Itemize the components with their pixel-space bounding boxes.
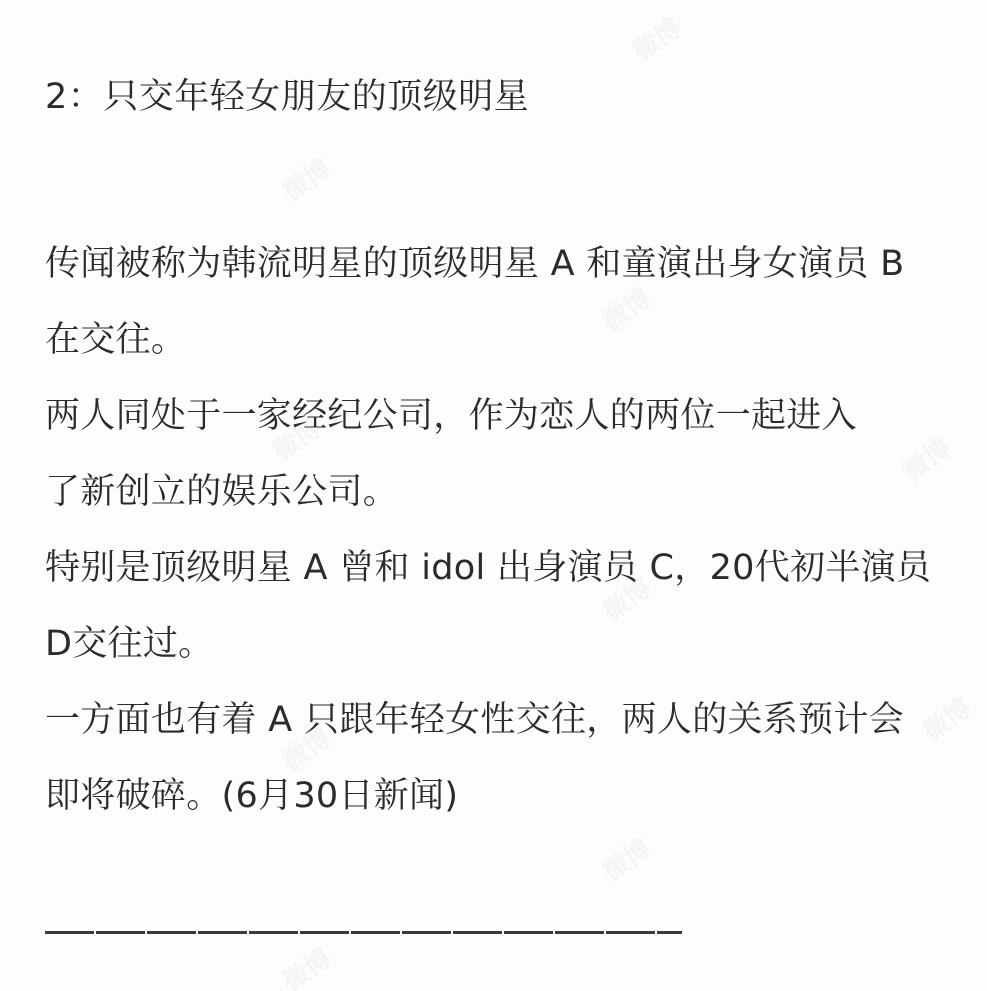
body-line: 两人同处于一家经纪公司，作为恋人的两位一起进入 <box>45 378 945 454</box>
body-line: 了新创立的娱乐公司。 <box>45 454 945 530</box>
body-line: 即将破碎。(6月30日新闻) <box>45 758 945 834</box>
watermark: 微博 <box>274 148 338 208</box>
body-line: 在交往。 <box>45 302 945 378</box>
section-title: 2：只交年轻女朋友的顶级明星 <box>45 74 529 120</box>
watermark: 微博 <box>274 938 338 991</box>
body-line: 一方面也有着 A 只跟年轻女性交往，两人的关系预计会 <box>45 682 945 758</box>
body-line: D交往过。 <box>45 606 945 682</box>
section-divider <box>45 931 682 934</box>
body-line: 特别是顶级明星 A 曾和 idol 出身演员 C，20代初半演员 <box>45 530 945 606</box>
watermark: 微博 <box>624 8 688 68</box>
body-line: 传闻被称为韩流明星的顶级明星 A 和童演出身女演员 B <box>45 226 945 302</box>
watermark: 微博 <box>594 828 658 888</box>
article-body: 传闻被称为韩流明星的顶级明星 A 和童演出身女演员 B 在交往。 两人同处于一家… <box>45 226 945 834</box>
